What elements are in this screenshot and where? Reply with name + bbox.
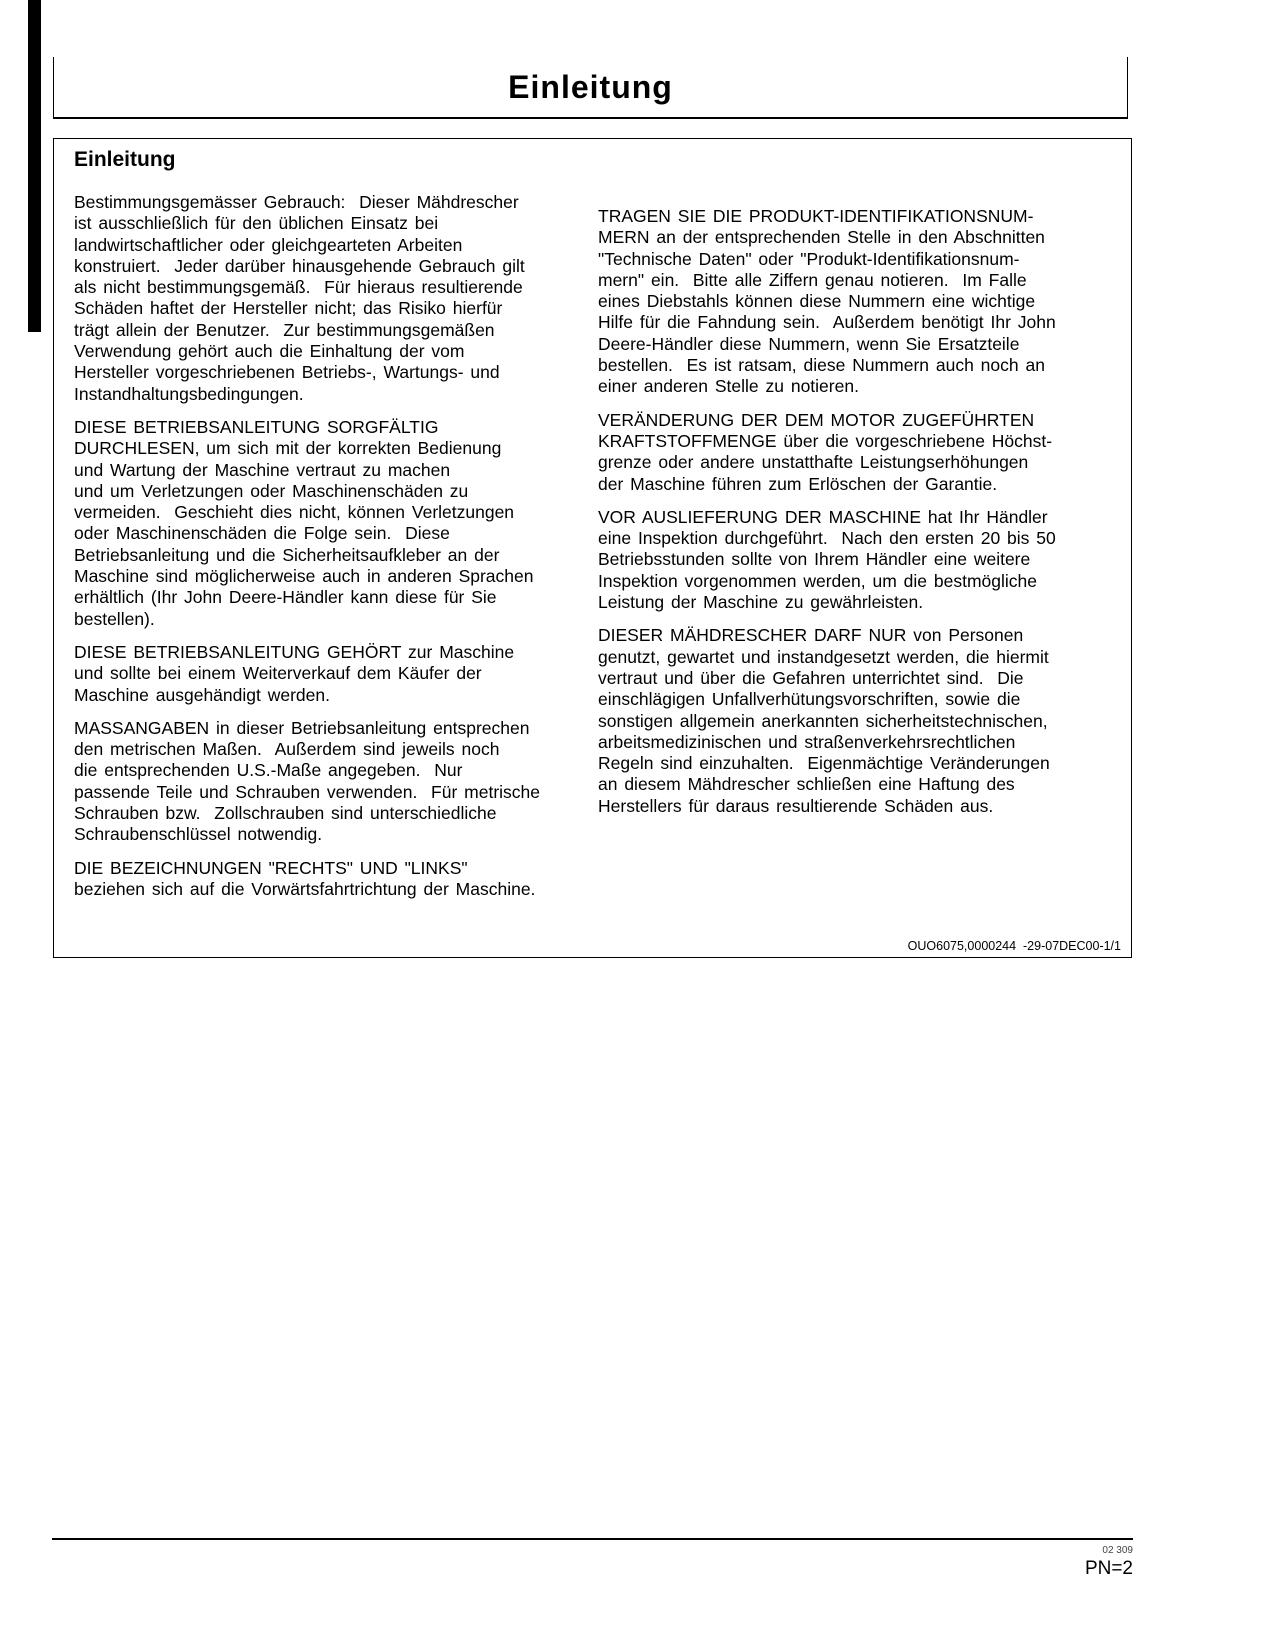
section-heading: Einleitung: [74, 148, 1109, 172]
page-title: Einleitung: [508, 69, 673, 106]
left-column: Bestimmungsgemässer Gebrauch: Dieser Mäh…: [74, 192, 579, 912]
manual-page: Einleitung Einleitung Bestimmungsgemässe…: [0, 0, 1275, 1650]
paragraph-product-id: TRAGEN SIE DIE PRODUKT-IDENTIFIKATIONSNU…: [598, 206, 1111, 398]
footer-rule: [52, 1538, 1133, 1540]
paragraph-manual-belongs: DIESE BETRIEBSANLEITUNG GEHÖRT zur Masch…: [74, 642, 579, 706]
page-header-box: Einleitung: [53, 57, 1128, 119]
revision-code: OUO6075,0000244 -29-07DEC00-1/1: [908, 939, 1121, 953]
paragraph-pre-delivery: VOR AUSLIEFERUNG DER MASCHINE hat Ihr Hä…: [598, 507, 1111, 613]
text-columns: Bestimmungsgemässer Gebrauch: Dieser Mäh…: [74, 192, 1109, 912]
intro-section-box: Einleitung Bestimmungsgemässer Gebrauch:…: [53, 138, 1132, 958]
paragraph-measurements: MASSANGABEN in dieser Betriebsanleitung …: [74, 718, 579, 846]
section-bleed-tab: [28, 0, 41, 332]
paragraph-operator-requirements: DIESER MÄHDRESCHER DARF NUR von Personen…: [598, 625, 1111, 817]
paragraph-fuel-change: VERÄNDERUNG DER DEM MOTOR ZUGEFÜHRTEN KR…: [598, 410, 1111, 495]
print-code: 02 309: [933, 1545, 1133, 1556]
paragraph-intended-use: Bestimmungsgemässer Gebrauch: Dieser Mäh…: [74, 192, 579, 405]
paragraph-right-left: DIE BEZEICHNUNGEN "RECHTS" UND "LINKS" b…: [74, 858, 579, 901]
right-column: TRAGEN SIE DIE PRODUKT-IDENTIFIKATIONSNU…: [598, 192, 1111, 912]
paragraph-read-manual: DIESE BETRIEBSANLEITUNG SORGFÄLTIG DURCH…: [74, 417, 579, 630]
page-number: PN=2: [933, 1558, 1133, 1580]
